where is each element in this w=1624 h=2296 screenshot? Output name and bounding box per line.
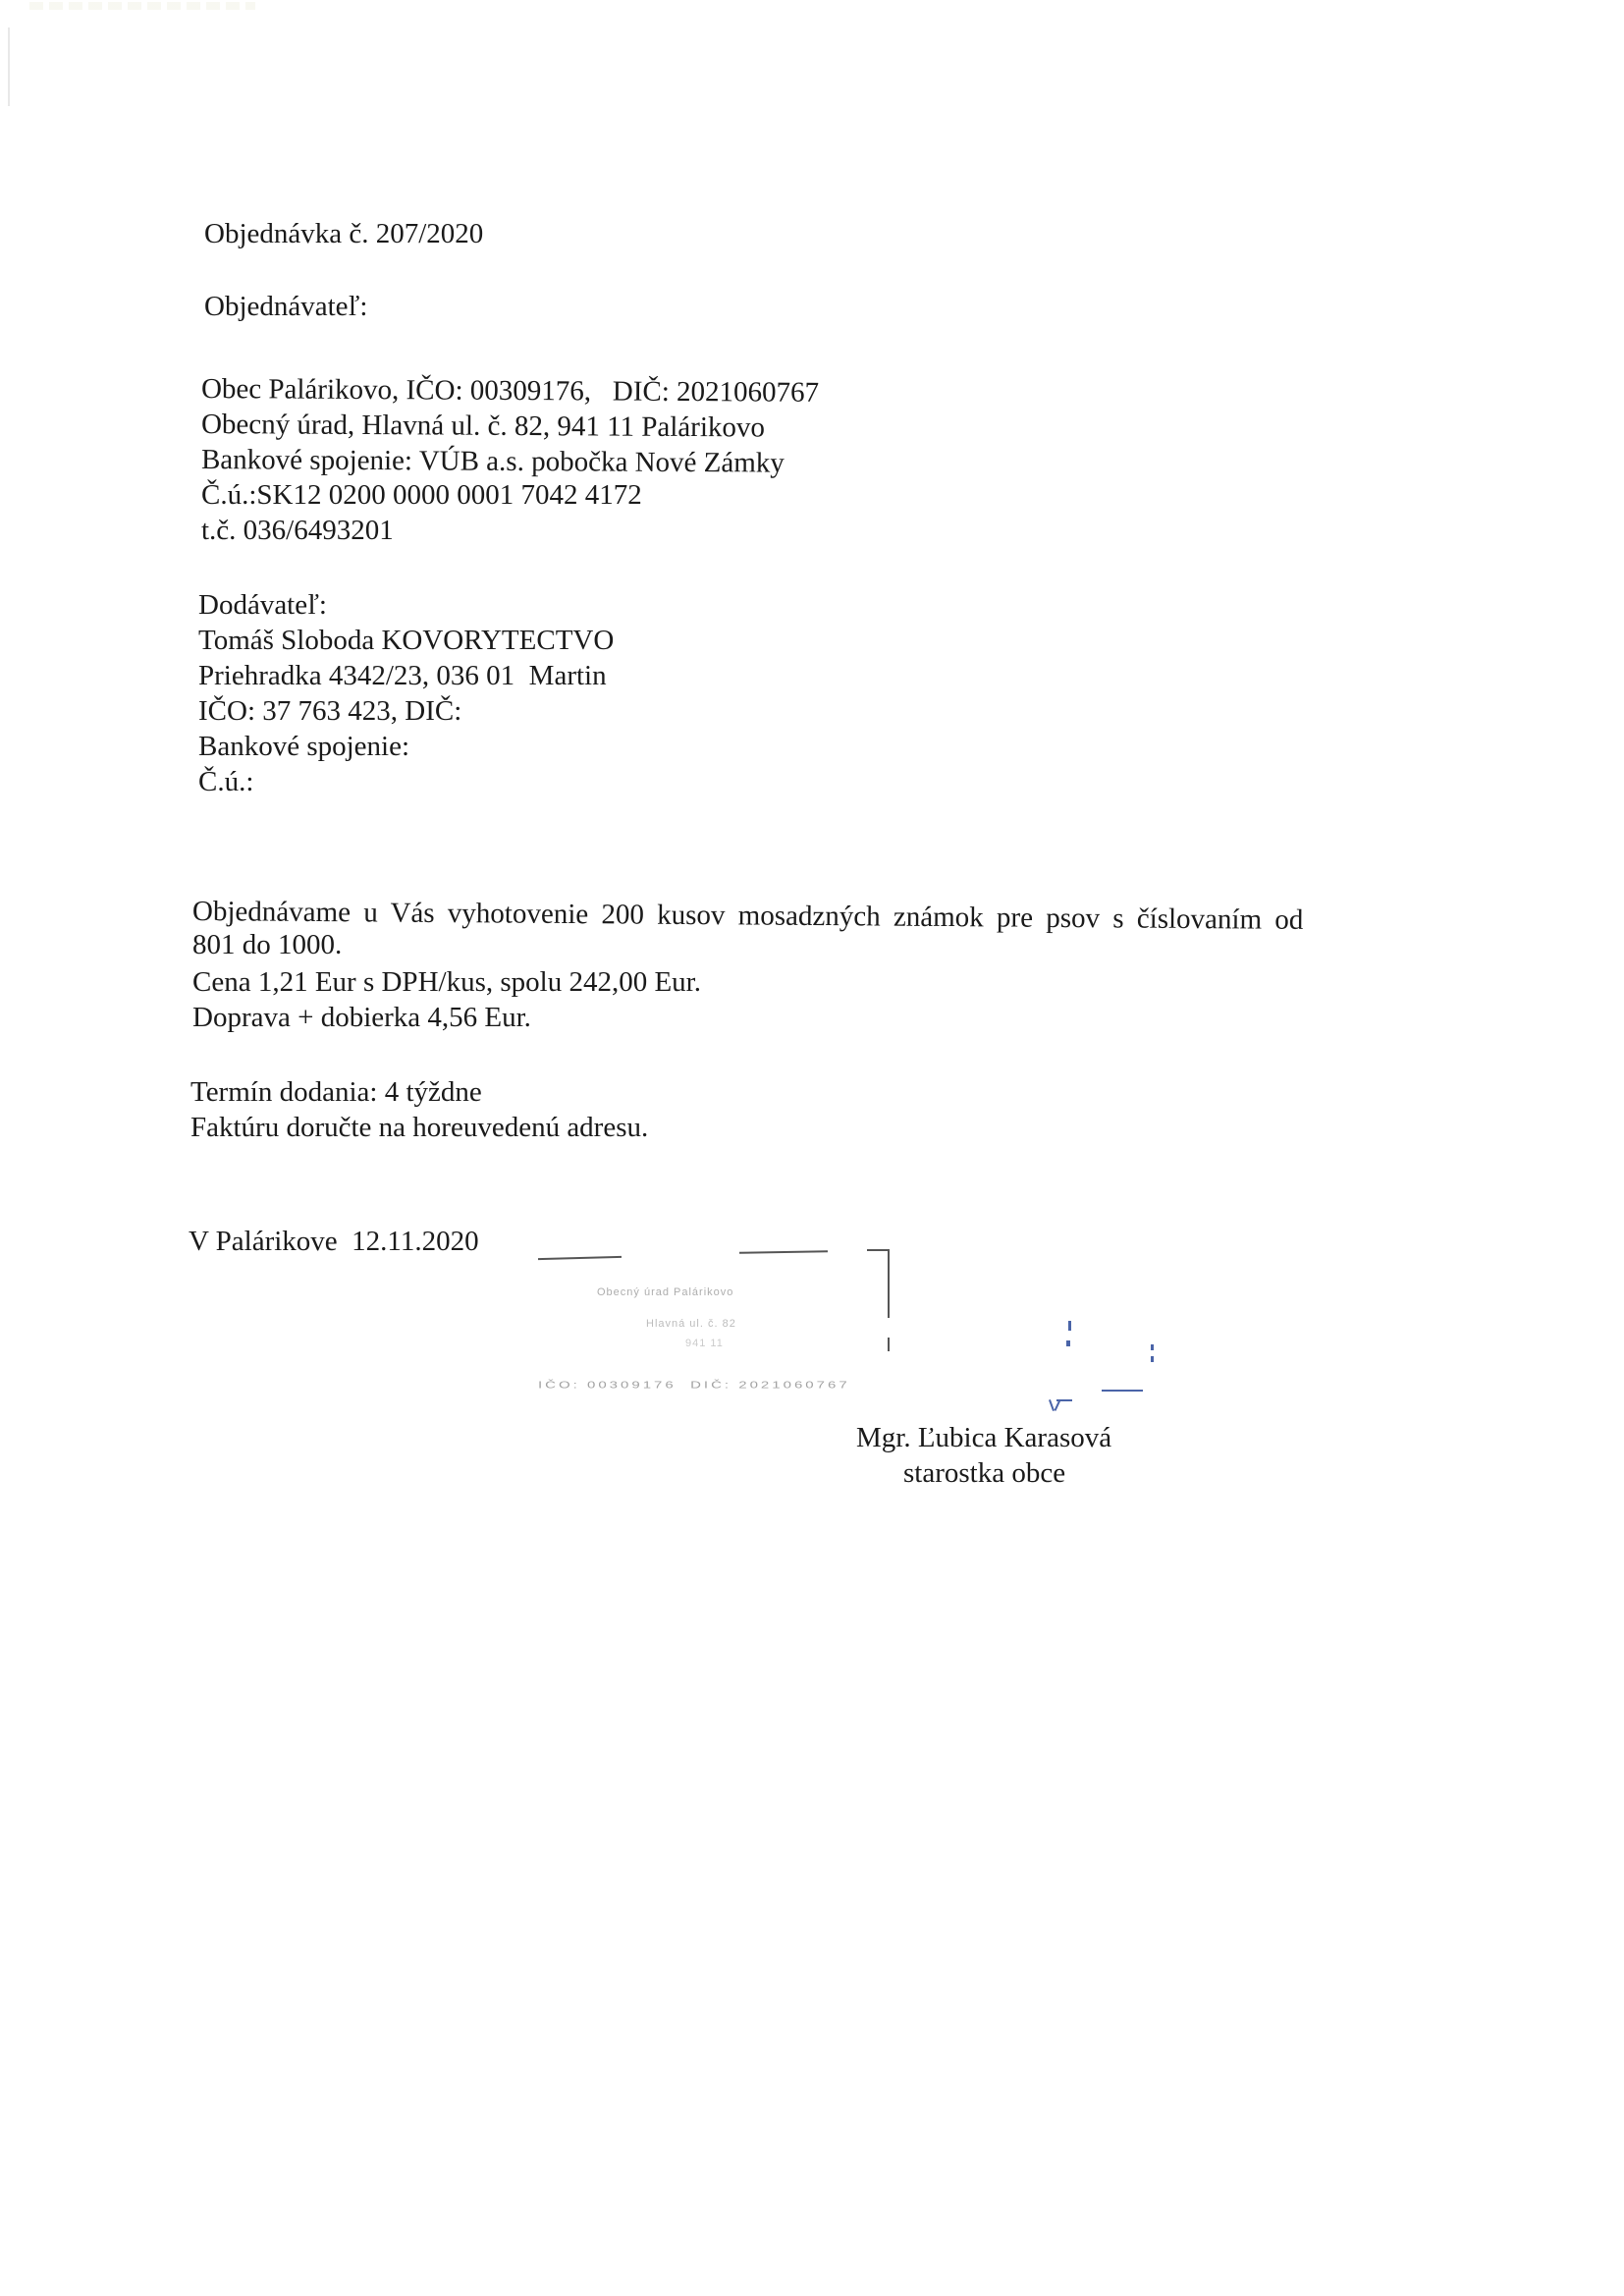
supplier-line: Tomáš Sloboda KOVORYTECTVO — [198, 625, 614, 656]
supplier-line: Č.ú.: — [198, 766, 253, 797]
stamp-line: Obecný úrad Palárikovo — [597, 1286, 733, 1298]
terms-line: Faktúru doručte na horeuvedenú adresu. — [190, 1112, 648, 1143]
order-body-line: Cena 1,21 Eur s DPH/kus, spolu 242,00 Eu… — [192, 966, 701, 998]
signatory-name: Mgr. Ľubica Karasová — [856, 1422, 1111, 1453]
orderer-line: Obec Palárikovo, IČO: 00309176, DIČ: 202… — [201, 373, 819, 409]
orderer-line: Bankové spojenie: VÚB a.s. pobočka Nové … — [201, 444, 785, 479]
signatory-title: starostka obce — [903, 1457, 1065, 1489]
signature — [1041, 1321, 1159, 1409]
supplier-line: Bankové spojenie: — [198, 731, 409, 762]
order-body-line: Doprava + dobierka 4,56 Eur. — [192, 1002, 531, 1033]
place-date: V Palárikove 12.11.2020 — [189, 1226, 479, 1257]
supplier-heading: Dodávateľ: — [198, 589, 327, 621]
stamp-line: Hlavná ul. č. 82 — [646, 1318, 736, 1330]
supplier-line: Priehradka 4342/23, 036 01 Martin — [198, 660, 607, 691]
orderer-line: t.č. 036/6493201 — [201, 515, 394, 546]
scan-edge-top — [29, 2, 255, 10]
official-stamp: Obecný úrad Palárikovo Hlavná ul. č. 82 … — [538, 1239, 911, 1396]
terms-line: Termín dodania: 4 týždne — [190, 1076, 482, 1108]
stamp-line: 941 11 — [685, 1338, 724, 1349]
orderer-line: Obecný úrad, Hlavná ul. č. 82, 941 11 Pa… — [201, 409, 765, 444]
order-body-line: 801 do 1000. — [192, 929, 342, 960]
scan-edge-left — [8, 27, 10, 106]
orderer-line: Č.ú.:SK12 0200 0000 0001 7042 4172 — [201, 479, 642, 511]
order-body-line: Objednávame u Vás vyhotovenie 200 kusov … — [192, 896, 1304, 936]
supplier-line: IČO: 37 763 423, DIČ: — [198, 695, 461, 727]
orderer-heading: Objednávateľ: — [204, 291, 367, 322]
stamp-bottom-line: IČO: 00309176 DIČ: 2021060767 — [538, 1380, 850, 1392]
order-title: Objednávka č. 207/2020 — [204, 218, 483, 249]
